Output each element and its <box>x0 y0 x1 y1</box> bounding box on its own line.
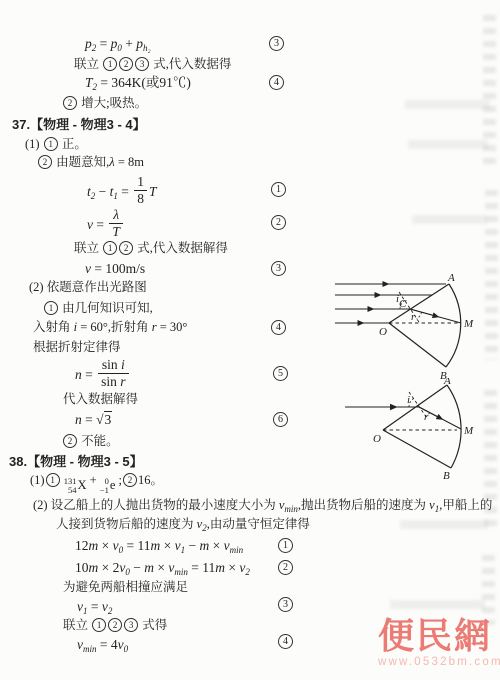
ans-37-1-2: 2 由题意知,λ = 8m <box>37 155 144 171</box>
text-token: λ <box>113 207 119 222</box>
text-token: 式,代入数据得 <box>150 57 231 71</box>
eq-v1-equals-v2: v1 = v2 <box>77 599 112 617</box>
text-token: 联立 <box>74 57 102 71</box>
text-simultaneous-12: 联立 12 式,代入数据解得 <box>74 241 228 257</box>
text-token: = <box>118 184 132 199</box>
text-token: × <box>160 538 174 553</box>
equation-number-badge: 6 <box>273 412 288 427</box>
circled-number: 2 <box>119 241 133 255</box>
heading-q38: 38.【物理 - 物理3 - 5】 <box>9 454 143 470</box>
circled-number: 2 <box>123 473 137 487</box>
text-token: 13154X <box>64 477 87 495</box>
label-M: M <box>463 425 474 437</box>
circled-number: 1 <box>44 301 58 315</box>
text-token: m <box>89 560 99 575</box>
optics-diagram-single-ray: A M O B i r <box>340 378 478 486</box>
text-token: min <box>83 644 97 654</box>
equation-number-badge: 3 <box>278 597 293 612</box>
label-i: i <box>396 293 399 305</box>
eq-v-100: v = 100m/s <box>85 261 145 278</box>
circled-number: 1 <box>103 57 117 71</box>
text-token: i <box>121 357 125 372</box>
text-token: 入射角 <box>33 320 74 334</box>
text-token: − <box>185 538 199 553</box>
text-token: n <box>75 412 82 427</box>
text-token: × <box>209 538 223 553</box>
circled-number: 2 <box>119 57 133 71</box>
text-token: 代入数据解得 <box>63 392 138 406</box>
text-token: ,由动量守恒定律得 <box>207 517 310 531</box>
equation-number-badge: 2 <box>278 560 293 575</box>
text-token: (2) 设乙船上的人抛出货物的最小速度大小为 <box>33 498 279 512</box>
text-token: ,抛出货物后船的速度为 <box>298 498 429 512</box>
text-token: h₂ <box>143 43 151 53</box>
text-token: 联立 <box>74 241 102 255</box>
text-token: (2) 依题意作出光路图 <box>29 280 147 294</box>
text-token: − <box>95 184 109 199</box>
label-B: B <box>443 470 450 482</box>
text-refraction-law: 根据折射定律得 <box>33 340 121 356</box>
text-substitute-solve: 代入数据解得 <box>63 392 138 408</box>
text-token: × 2 <box>98 560 119 575</box>
text-token: min <box>174 567 188 577</box>
eq-v-lambda-over-T: v = λT <box>87 208 125 239</box>
circled-number: 1 <box>46 473 60 487</box>
text-token: 由几何知识可知, <box>59 301 153 315</box>
circled-number: 3 <box>124 618 138 632</box>
ans-36-2-increase: 2 增大;吸热。 <box>62 96 147 112</box>
equation-number-badge: 1 <box>271 182 286 197</box>
text-token: 0−1e <box>100 477 116 495</box>
label-r: r <box>424 411 429 423</box>
text-token: n <box>75 367 82 382</box>
text-token: 1 <box>137 174 144 189</box>
circled-number: 2 <box>63 96 77 110</box>
ans-37-1-1: (1) 1 正。 <box>25 137 87 153</box>
text-token: T <box>85 75 93 90</box>
label-O: O <box>379 326 387 338</box>
equation-number-badge: 4 <box>271 320 286 335</box>
label-M: M <box>463 318 474 330</box>
equation-number-badge: 2 <box>271 215 286 230</box>
text-token: 2 <box>245 567 250 577</box>
text-token: 0 <box>124 644 129 654</box>
angle-arc-r <box>417 312 422 319</box>
text-token: ; <box>115 473 122 487</box>
circled-number: 2 <box>63 434 77 448</box>
text-token: = 100m/s <box>91 261 145 276</box>
text-token: √3 <box>96 411 112 427</box>
heading-q37: 37.【物理 - 物理3 - 4】 <box>12 117 146 133</box>
circled-number: 1 <box>92 618 106 632</box>
eq-n-sqrt3: n = √3 <box>75 412 112 429</box>
text-token: × <box>154 560 168 575</box>
text-token: = <box>93 217 107 232</box>
text-angles: 入射角 i = 60°,折射角 r = 30° <box>33 320 187 336</box>
text-token: = 364K(或91℃) <box>97 75 191 90</box>
text-token: m <box>89 538 99 553</box>
text-avoid-collision: 为避免两船相撞应满足 <box>63 580 188 596</box>
text-token: r <box>120 374 125 389</box>
text-token: m <box>200 538 210 553</box>
text-token: = 30° <box>157 320 188 334</box>
circled-number: 2 <box>108 618 122 632</box>
ans-37-2-2: 2 不能。 <box>62 434 119 450</box>
text-token: 式得 <box>139 618 167 632</box>
text-token: 37.【物理 - 物理3 - 4】 <box>12 117 146 132</box>
text-token: sin <box>101 374 120 389</box>
text-token: 式,代入数据解得 <box>134 241 228 255</box>
eq-n-sini-sinr: n = sin isin r <box>75 358 131 389</box>
text-token: × <box>225 560 239 575</box>
text-token: T <box>112 224 120 239</box>
text-token: T <box>149 184 157 199</box>
text-token: = 11 <box>188 560 215 575</box>
equation-number-badge: 4 <box>278 634 293 649</box>
text-token: p <box>85 36 92 51</box>
ans-37-2-head: (2) 依题意作出光路图 <box>29 280 147 296</box>
sector-edge-OB <box>389 323 446 367</box>
ans-37-2-1: 1 由几何知识可知, <box>43 301 153 317</box>
sector-arc <box>447 385 461 468</box>
text-token: min <box>284 504 298 514</box>
text-token: ,甲船上的 <box>439 498 492 512</box>
text-token: m <box>151 538 161 553</box>
text-token: λT <box>109 208 123 239</box>
label-A: A <box>443 378 451 387</box>
text-token: = <box>88 599 102 614</box>
label-i: i <box>407 394 410 406</box>
text-token: = <box>82 412 96 427</box>
text-token: × <box>98 538 112 553</box>
label-O: O <box>373 433 381 445</box>
text-token: 38.【物理 - 物理3 - 5】 <box>9 454 143 469</box>
circled-number: 1 <box>44 137 58 151</box>
text-token: p <box>136 36 143 51</box>
eq-p2: p2 = p0 + ph₂ <box>85 36 151 54</box>
circled-number: 2 <box>38 155 52 169</box>
equation-number-badge: 4 <box>269 75 284 90</box>
text-token: 正。 <box>59 137 87 151</box>
eq-T2: T2 = 364K(或91℃) <box>85 75 191 93</box>
label-C: C <box>399 298 407 310</box>
text-token: (1) <box>25 137 43 151</box>
text-token: 由题意知, <box>53 155 109 169</box>
equation-number-badge: 3 <box>271 261 286 276</box>
sector-edge-OB <box>383 430 451 468</box>
text-token: − <box>130 560 144 575</box>
eq-vmin: vmin = 4v0 <box>77 637 128 655</box>
text-token: 8 <box>137 191 144 206</box>
ans-38-2-line1: (2) 设乙船上的人抛出货物的最小速度大小为 vmin,抛出货物后船的速度为 v… <box>33 498 492 515</box>
text-token: sin isin r <box>98 358 128 389</box>
text-token: min <box>230 545 244 555</box>
optics-diagram-parallel-rays: A M B O C i r <box>330 268 478 386</box>
label-r: r <box>411 311 416 323</box>
equation-number-badge: 1 <box>278 538 293 553</box>
sector-arc <box>446 284 461 367</box>
text-token: sin <box>102 357 121 372</box>
eq-momentum-1: 12m × v0 = 11m × v1 − m × vmin <box>75 538 243 556</box>
ans-38-2-line2: 人接到货物后船的速度为 v2,由动量守恒定律得 <box>56 517 310 534</box>
refracted-ray <box>419 407 442 419</box>
text-token: 10 <box>75 560 89 575</box>
text-token: 不能。 <box>78 434 119 448</box>
ans-38-1-nuclide: (1)1 13154X + 0−1e ;216。 <box>30 473 163 495</box>
text-token: + <box>86 473 99 487</box>
text-token: 16。 <box>138 473 163 487</box>
equation-number-badge: 3 <box>269 36 284 51</box>
text-simultaneous-123b: 联立 123 式得 <box>63 618 167 634</box>
equation-number-badge: 5 <box>273 366 288 381</box>
text-token: + <box>122 36 136 51</box>
text-token: = 11 <box>123 538 150 553</box>
text-token: 人接到货物后船的速度为 <box>56 517 197 531</box>
text-token: = 4 <box>97 637 118 652</box>
text-token: 增大;吸热。 <box>78 96 147 110</box>
text-token: 根据折射定律得 <box>33 340 121 354</box>
text-token: = <box>96 36 110 51</box>
circled-number: 1 <box>103 241 117 255</box>
text-token: 为避免两船相撞应满足 <box>63 580 188 594</box>
scanned-answer-page: p2 = p0 + ph₂3联立 123 式,代入数据得T2 = 364K(或9… <box>0 0 500 680</box>
eq-t2-minus-t1: t2 − t1 = 18T <box>87 175 157 206</box>
text-token: m <box>215 560 225 575</box>
text-token: 18 <box>134 175 147 206</box>
text-token: = 8m <box>115 155 144 169</box>
text-simultaneous-123: 联立 123 式,代入数据得 <box>74 57 231 73</box>
text-token: = 60°,折射角 <box>77 320 152 334</box>
label-A: A <box>447 272 455 284</box>
eq-momentum-2: 10m × 2v0 − m × vmin = 11m × v2 <box>75 560 250 578</box>
text-token: = <box>82 367 96 382</box>
text-token: 2 <box>108 606 113 616</box>
text-token: (1) <box>30 473 45 487</box>
text-token: m <box>144 560 154 575</box>
text-token: 12 <box>75 538 89 553</box>
circled-number: 3 <box>135 57 149 71</box>
text-token: 联立 <box>63 618 91 632</box>
